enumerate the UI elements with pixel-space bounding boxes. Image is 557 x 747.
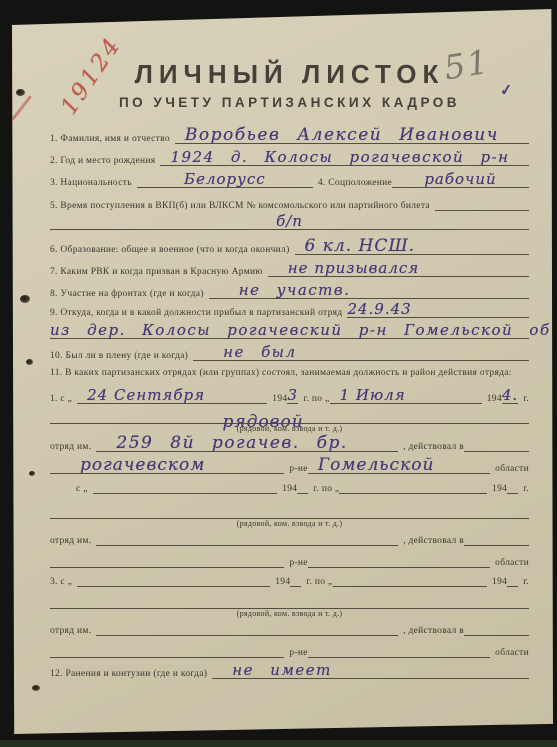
entry1-year1-printed: 194: [267, 394, 287, 404]
entry1-year1-hand: 3: [287, 390, 298, 404]
entry3-year2-hand: [507, 576, 518, 587]
entry3-rne-label: р-не: [284, 648, 307, 658]
field-education-line: 6 кл. НСШ.: [295, 241, 529, 255]
field-party-membership-value: б/п: [276, 216, 303, 226]
field-party-membership-line: [435, 210, 529, 211]
entry3-po-label: г. по „: [301, 577, 332, 587]
entry2-rne-label: р-не: [284, 558, 307, 568]
entry3-role-caption: (рядовой, ком. взвода и т. д.): [50, 609, 529, 621]
paper-speck: [29, 471, 35, 476]
entry1-rne-label: р-не: [284, 464, 307, 474]
field-arrival-line2: из дер. Колосы рогачевский р-н Гомельско…: [50, 318, 529, 339]
entry2-num-label: с „: [76, 484, 93, 494]
field-arrival-label: 9. Откуда, когда и в какой должности при…: [50, 308, 347, 318]
field-wounds-line: не имеет: [212, 665, 529, 679]
entry1-year2-printed: 194: [482, 394, 502, 404]
entry3-num-label: 3. с „: [50, 577, 77, 587]
entry1-district-line: рогачевском: [50, 460, 284, 474]
entry2-oblast-label: области: [490, 558, 529, 568]
field-captivity-line: не был: [193, 347, 529, 361]
field-surname-value: Воробьев Алексей Иванович: [185, 130, 499, 140]
checkmark-icon: ✓: [499, 80, 513, 100]
service-entry-1-dates: 1. с „ 24 Сентября 194 3 г. по „ 1 Июля …: [50, 383, 529, 404]
field-birth-line: 1924 д. Колосы рогачевской р-н: [160, 152, 529, 166]
field-captivity-label: 10. Был ли в плену (где и когда): [50, 351, 193, 361]
service-entry-3-dates: 3. с „ 194 г. по „ 194 г.: [50, 568, 529, 587]
entry3-acted-label: , действовал в: [398, 626, 464, 636]
entry2-year1-hand: [297, 483, 308, 494]
field-birth-value: 1924 д. Колосы рогачевской р-н: [170, 152, 509, 162]
service-entry-1-area: рогачевском р-не Гомельской области: [50, 452, 529, 474]
form-content: ЛИЧНЫЙ ЛИСТОК ПО УЧЕТУ ПАРТИЗАНСКИХ КАДР…: [12, 9, 553, 679]
entry3-otryad-label: отряд им.: [50, 626, 96, 636]
entry3-oblast-label: области: [490, 648, 529, 658]
field-conscription: 7. Каким РВК и когда призван в Красную А…: [50, 255, 529, 277]
entry1-region-line: Гомельской: [308, 460, 490, 474]
field-wounds-label: 12. Ранения и контузии (где и когда): [50, 669, 212, 679]
service-entry-2-role-line: [50, 494, 529, 519]
field-fronts-line: не участв.: [209, 285, 529, 299]
entry2-from-line: [93, 483, 277, 494]
entry2-otryad-label: отряд им.: [50, 536, 96, 546]
entry1-from-value: 24 Сентября: [87, 390, 205, 400]
field-education-label: 6. Образование: общее и военное (что и к…: [50, 245, 295, 255]
entry1-role-value: рядовой: [222, 417, 303, 427]
field-nationality-line: Белорусс: [137, 174, 313, 188]
entry3-year2-suffix: г.: [518, 577, 529, 587]
entry3-year2-printed: 194: [487, 577, 507, 587]
entry2-year2-printed: 194: [487, 484, 507, 494]
field-fronts: 8. Участие на фронтах (где и когда) не у…: [50, 277, 529, 299]
field-social-label: 4. Соцположение: [313, 178, 392, 188]
field-education: 6. Образование: общее и военное (что и к…: [50, 230, 529, 255]
field-nationality-label: 3. Национальность: [50, 178, 137, 188]
service-entry-2-dates: с „ 194 г. по „ 194 г.: [50, 474, 529, 494]
entry1-detachment-line: 259 8й рогачев. бр.: [96, 438, 398, 452]
field-arrival-line: 24.9.43: [347, 304, 529, 318]
page-subtitle: ПО УЧЕТУ ПАРТИЗАНСКИХ КАДРОВ: [50, 95, 529, 110]
paper-speck: [20, 295, 30, 303]
field-nationality-social: 3. Национальность Белорусс 4. Соцположен…: [50, 166, 529, 188]
entry2-year2-hand: [507, 483, 518, 494]
entry1-from-line: 24 Сентября: [77, 390, 267, 404]
entry3-district-line: [50, 647, 284, 658]
entry1-po-label: г. по „: [298, 394, 329, 404]
field-party-membership: 5. Время поступления в ВКП(б) или ВЛКСМ …: [50, 188, 529, 211]
field-captivity-value: не был: [223, 347, 296, 357]
entry2-acted-label: , действовал в: [398, 536, 464, 546]
field-arrival: 9. Откуда, когда и в какой должности при…: [50, 299, 529, 318]
entry3-from-line: [77, 576, 270, 587]
service-entry-3-role-line: [50, 587, 529, 609]
field-surname: 1. Фамилия, имя и отчество Воробьев Алек…: [50, 120, 529, 144]
entry2-district-line: [50, 557, 284, 568]
entry2-to-line: [339, 483, 487, 494]
field-arrival-line2-rule: из дер. Колосы рогачевский р-н Гомельско…: [50, 325, 529, 339]
field-captivity: 10. Был ли в плену (где и когда) не был: [50, 339, 529, 361]
entry2-detachment-line: [96, 535, 398, 546]
entry2-year1-printed: 194: [277, 484, 297, 494]
field-party-membership-line2-rule: б/п: [50, 216, 529, 230]
pencil-page-number: 51: [441, 42, 493, 88]
field-fronts-label: 8. Участие на фронтах (где и когда): [50, 289, 209, 299]
field-nationality-value: Белорусс: [184, 174, 266, 184]
entry1-year2-hand: 4.: [502, 390, 518, 404]
field-social-line: рабочий: [392, 174, 529, 188]
field-conscription-line: не призывался: [268, 263, 529, 277]
entry1-detachment-value: 259 8й рогачев. бр.: [116, 438, 347, 448]
field-wounds-value: не имеет: [232, 665, 332, 675]
entry3-detachment-line: [96, 625, 398, 636]
paper-speck: [26, 359, 33, 365]
field-social-value: рабочий: [424, 174, 496, 184]
entry2-role-caption: (рядовой, ком. взвода и т. д.): [50, 519, 529, 531]
field-surname-label: 1. Фамилия, имя и отчество: [50, 134, 175, 144]
entry2-region-line: [308, 557, 490, 568]
field-education-value: 6 кл. НСШ.: [305, 241, 416, 251]
entry2-acted-line: [464, 545, 529, 546]
service-entry-1-role-line: рядовой: [50, 404, 529, 424]
service-entry-2-area: р-не области: [50, 546, 529, 568]
entry3-year1-hand: [290, 576, 301, 587]
entry3-acted-line: [464, 635, 529, 636]
field-conscription-label: 7. Каким РВК и когда призван в Красную А…: [50, 267, 268, 277]
service-entry-2-detachment: отряд им. , действовал в: [50, 531, 529, 546]
field-arrival-place-value: из дер. Колосы рогачевский р-н Гомельско…: [50, 325, 551, 335]
scan-bottom-strip: [0, 740, 557, 747]
field-surname-line: Воробьев Алексей Иванович: [175, 130, 529, 144]
entry1-acted-label: , действовал в: [398, 442, 464, 452]
entry1-to-value: 1 Июля: [340, 390, 406, 400]
scanned-document-page: { "annotations": { "corner_number": "51"…: [0, 0, 557, 747]
entry3-year1-printed: 194: [270, 577, 290, 587]
paper-speck: [32, 685, 40, 691]
entry1-year2-suffix: г.: [518, 394, 529, 404]
field-wounds: 12. Ранения и контузии (где и когда) не …: [50, 658, 529, 679]
entry3-region-line: [308, 647, 490, 658]
field-birth: 2. Год и место рождения 1924 д. Колосы р…: [50, 144, 529, 166]
paper-sheet: ЛИЧНЫЙ ЛИСТОК ПО УЧЕТУ ПАРТИЗАНСКИХ КАДР…: [12, 9, 553, 734]
service-entry-3-area: р-не области: [50, 636, 529, 658]
field-detachments-heading: 11. В каких партизанских отрядах (или гр…: [50, 367, 529, 380]
entry2-year2-suffix: г.: [518, 484, 529, 494]
entry1-oblast-label: области: [490, 464, 529, 474]
field-conscription-value: не призывался: [288, 263, 419, 273]
entry1-region-value: Гомельской: [318, 460, 435, 470]
entry1-num-label: 1. с „: [50, 394, 77, 404]
entry3-to-line: [333, 576, 488, 587]
field-party-membership-label: 5. Время поступления в ВКП(б) или ВЛКСМ …: [50, 201, 435, 211]
paper-speck: [16, 89, 25, 96]
entry2-po-label: г. по „: [308, 484, 339, 494]
entry1-otryad-label: отряд им.: [50, 442, 96, 452]
entry1-acted-line: [464, 451, 529, 452]
entry1-district-value: рогачевском: [80, 460, 205, 470]
service-entry-1-detachment: отряд им. 259 8й рогачев. бр. , действов…: [50, 436, 529, 452]
field-arrival-date-value: 24.9.43: [347, 304, 411, 314]
field-birth-label: 2. Год и место рождения: [50, 156, 160, 166]
service-entry-3-detachment: отряд им. , действовал в: [50, 621, 529, 636]
entry1-to-line: 1 Июля: [330, 390, 482, 404]
field-fronts-value: не участв.: [239, 285, 351, 295]
field-party-membership-line2: б/п: [50, 211, 529, 230]
